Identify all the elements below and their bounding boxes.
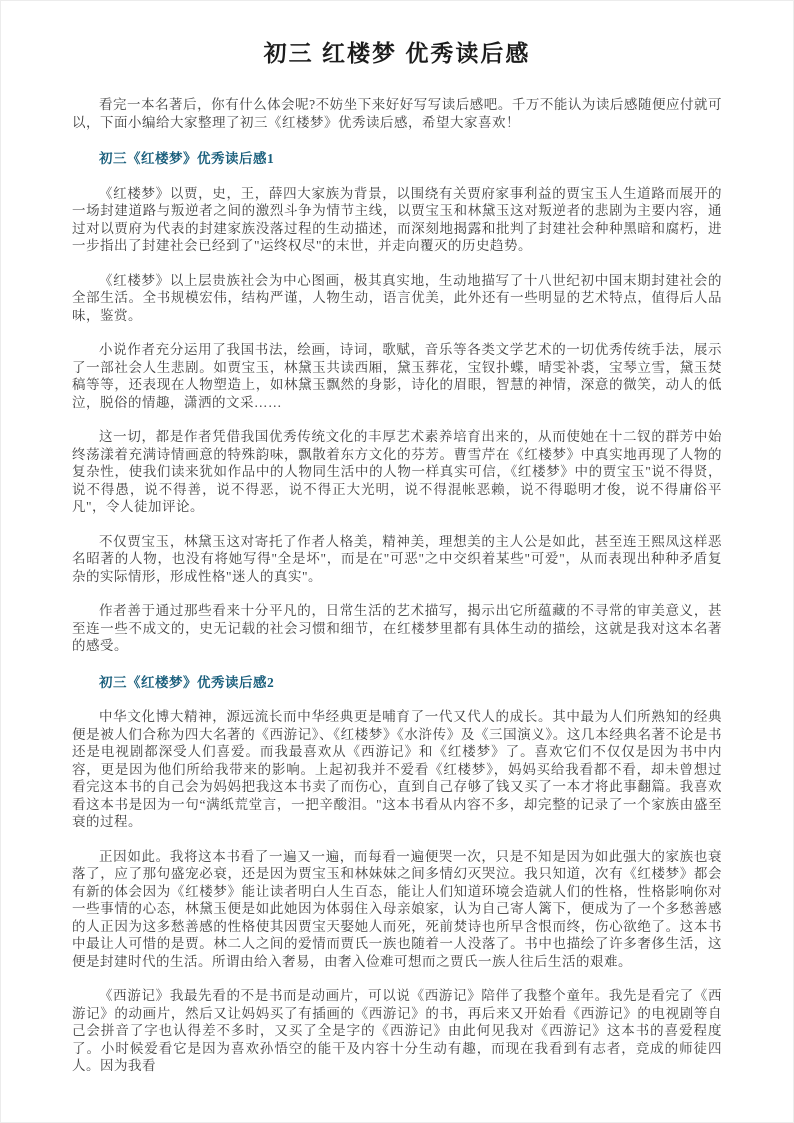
section-2-paragraph-2: 正因如此。我将这本书看了一遍又一遍，而每看一遍便哭一次，只是不知是因为如此强大的… bbox=[72, 848, 722, 971]
document-page: 初三 红楼梦 优秀读后感 看完一本名著后，你有什么体会呢?不妨坐下来好好写写读后… bbox=[0, 0, 794, 1123]
section-2-heading: 初三《红楼梦》优秀读后感2 bbox=[72, 674, 722, 692]
section-1-paragraph-5: 不仅贾宝玉，林黛玉这对寄托了作者人格美，精神美，理想美的主人公是如此，甚至连王熙… bbox=[72, 533, 722, 586]
section-1-paragraph-1: 《红楼梦》以贾，史，王，薛四大家族为背景，以围绕有关贾府家事利益的贾宝玉人生道路… bbox=[72, 185, 722, 255]
section-1-paragraph-3: 小说作者充分运用了我国书法，绘画，诗词，歌赋，音乐等各类文学艺术的一切优秀传统手… bbox=[72, 341, 722, 411]
section-1-paragraph-6: 作者善于通过那些看来十分平凡的，日常生活的艺术描写，揭示出它所蕴藏的不寻常的审美… bbox=[72, 602, 722, 655]
section-1-paragraph-2: 《红楼梦》以上层贵族社会为中心图画，极其真实地，生动地描写了十八世纪初中国末期封… bbox=[72, 272, 722, 325]
section-1-heading: 初三《红楼梦》优秀读后感1 bbox=[72, 150, 722, 168]
section-2-paragraph-3: 《西游记》我最先看的不是书而是动画片，可以说《西游记》陪伴了我整个童年。我先是看… bbox=[72, 987, 722, 1075]
document-content: 初三 红楼梦 优秀读后感 看完一本名著后，你有什么体会呢?不妨坐下来好好写写读后… bbox=[1, 1, 793, 1075]
intro-paragraph: 看完一本名著后，你有什么体会呢?不妨坐下来好好写写读后感吧。千万不能认为读后感随… bbox=[72, 96, 722, 131]
section-2-paragraph-1: 中华文化博大精神，源远流长而中华经典更是哺育了一代又代人的成长。其中最为人们所熟… bbox=[72, 708, 722, 831]
section-1-paragraph-4: 这一切，都是作者凭借我国优秀传统文化的丰厚艺术素养培育出来的，从而使她在十二钗的… bbox=[72, 428, 722, 516]
document-title: 初三 红楼梦 优秀读后感 bbox=[72, 35, 722, 68]
